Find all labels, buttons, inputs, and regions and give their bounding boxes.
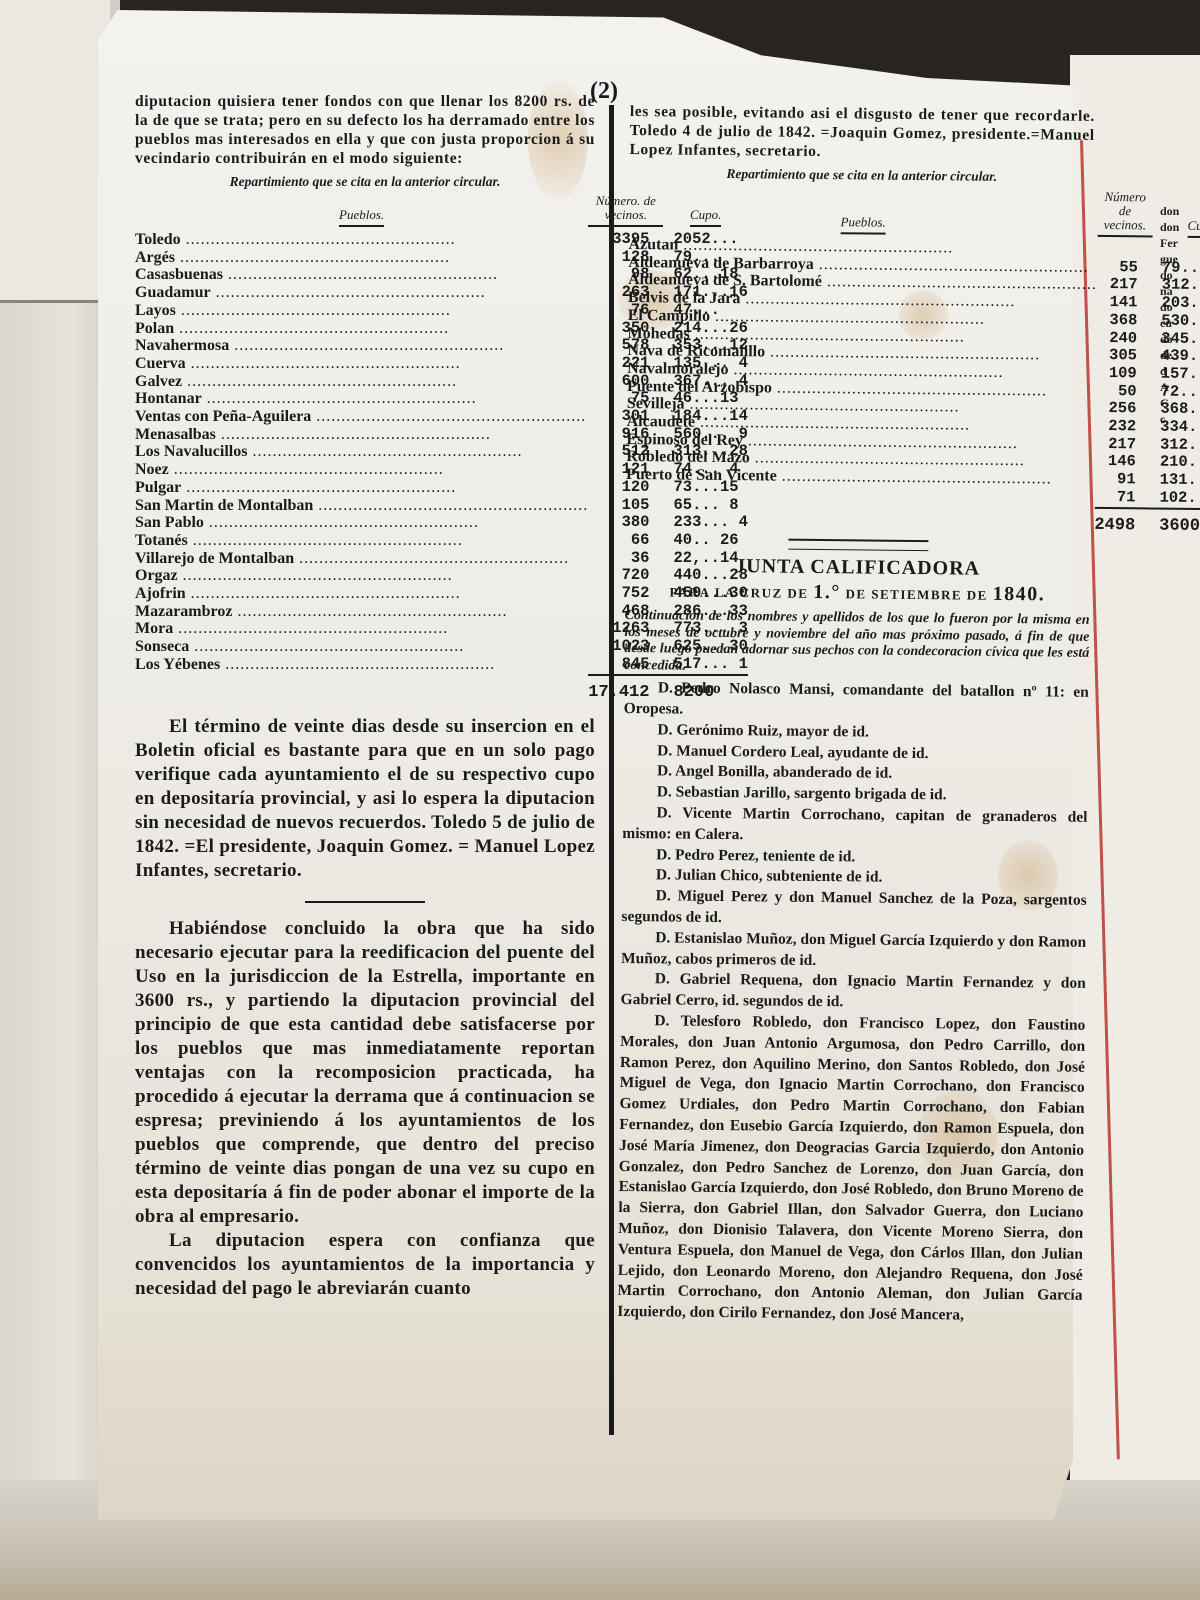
cupo-value: 439...19 <box>1151 348 1200 367</box>
vecinos-value: 71 <box>1095 489 1150 508</box>
total-vecinos: 2498 <box>1094 507 1149 534</box>
cupo-value: 79... 9 <box>1152 259 1200 278</box>
pueblo-name: †Noez <box>135 461 588 479</box>
cupo-value: 72... 2 <box>1150 383 1200 402</box>
pueblo-name: †Mora <box>135 620 588 638</box>
column-header-pueblos: Pueblos. <box>135 194 588 231</box>
paragraph-obra: Habiéndose concluido la obra que ha sido… <box>135 917 595 1229</box>
honoree-entry: D. Gabriel Requena, don Ignacio Martin F… <box>620 969 1085 1015</box>
right-column: les sea posible, evitando asi el disgust… <box>617 102 1095 1328</box>
cupo-value: 312...25 <box>1152 277 1200 296</box>
column-header-vecinos: Número de vecinos. <box>1097 190 1152 242</box>
pueblo-name: †Toledo <box>135 231 588 249</box>
pueblo-name: †San Pablo <box>135 514 588 532</box>
vecinos-value: 141 <box>1097 294 1152 312</box>
cupo-value: 530...12 <box>1151 312 1200 331</box>
section-intro: Continuacion de los nombres y apellidos … <box>624 608 1090 679</box>
pueblo-name: †Ajofrin <box>135 585 588 603</box>
paragraph-espera: La diputacion espera con confianza que c… <box>135 1229 595 1301</box>
cupo-value <box>1152 241 1200 260</box>
vecinos-value: 109 <box>1096 365 1151 383</box>
handwritten-sheet <box>0 0 110 303</box>
pueblo-name: †Mazarambroz <box>135 603 588 621</box>
pueblo-name: †Los Navalucillos <box>135 443 588 461</box>
pueblo-name: †San Martin de Montalban <box>135 497 588 515</box>
vecinos-value <box>1097 241 1152 259</box>
pueblo-name: †Ventas con Peña-Aguilera <box>135 408 588 426</box>
left-column: diputacion quisiera tener fondos con que… <box>135 92 595 1301</box>
pueblo-name: †Totanés <box>135 532 588 550</box>
cupo-value: 334...12 <box>1150 418 1200 437</box>
vecinos-value: 232 <box>1095 418 1150 436</box>
vecinos-value: 217 <box>1095 436 1150 454</box>
pueblo-name: †Guadamur <box>135 284 588 302</box>
table-caption: Repartimiento que se cita en la anterior… <box>629 165 1094 186</box>
total-cupo: 3600... 2 <box>1149 508 1200 536</box>
cupo-value: 102...11 <box>1149 489 1200 509</box>
cupo-value: 210...14 <box>1150 454 1200 473</box>
pueblo-name: †Pulgar <box>135 479 588 497</box>
honoree-entry: D. Estanislao Muñoz, don Miguel García I… <box>621 928 1086 974</box>
pueblo-name: †Villarejo de Montalban <box>135 550 588 568</box>
cupo-value: 368...32 <box>1150 401 1200 420</box>
pueblo-name: †Casasbuenas <box>135 266 588 284</box>
pueblo-name: †Los Yébenes <box>135 656 588 675</box>
section-rule <box>305 901 425 903</box>
pueblo-name: †Orgaz <box>135 567 588 585</box>
ornamental-divider <box>788 539 928 551</box>
vecinos-value: 55 <box>1097 259 1152 277</box>
honoree-entry: D. Pedro Nolasco Mansi, comandante del b… <box>624 678 1089 724</box>
pueblo-name: †Argés <box>135 249 588 267</box>
cupo-value: 203... 7 <box>1151 295 1200 314</box>
vecinos-value: 217 <box>1097 276 1152 294</box>
pueblo-name: †Polan <box>135 320 588 338</box>
pueblo-name: Navahermosa <box>135 337 588 355</box>
vecinos-value: 146 <box>1095 453 1150 471</box>
column-header-pueblos: Pueblos. <box>629 185 1098 241</box>
column-header-cupo: Cupo. <box>1152 190 1200 242</box>
vecinos-value: 368 <box>1096 312 1151 330</box>
honoree-entry: D. Vicente Martin Corrochano, capitan de… <box>622 803 1087 849</box>
cupo-value: 345...30 <box>1151 330 1200 349</box>
honoree-entry: D. Telesforo Robledo, don Francisco Lope… <box>617 1011 1085 1328</box>
honoree-list: D. Pedro Nolasco Mansi, comandante del b… <box>617 678 1089 1328</box>
vecinos-value: 240 <box>1096 329 1151 347</box>
intro-paragraph: diputacion quisiera tener fondos con que… <box>135 92 595 168</box>
section-title: JUNTA CALIFICADORA <box>625 554 1090 582</box>
pueblo-name: †Hontanar <box>135 390 588 408</box>
pueblo-name: †Cuerva <box>135 355 588 373</box>
cupo-value: 157... 3 <box>1151 365 1200 384</box>
repartimiento-table-right: Pueblos. Número de vecinos. Cupo. Azutan… <box>626 185 1200 536</box>
pueblo-name: †Layos <box>135 302 588 320</box>
vecinos-value: 256 <box>1095 400 1150 418</box>
table-caption: Repartimiento que se cita en la anterior… <box>135 174 595 190</box>
vecinos-value: 305 <box>1096 347 1151 365</box>
cupo-value: 131... 5 <box>1150 472 1200 491</box>
pueblo-name: †Sonseca <box>135 638 588 656</box>
honoree-entry: D. Miguel Perez y don Manuel Sanchez de … <box>621 886 1086 932</box>
paragraph-termino: El término de veinte dias desde su inser… <box>135 715 595 883</box>
pueblo-name: †Galvez <box>135 373 588 391</box>
section-subtitle: PARA LA CRUZ DE 1.° DE SETIEMBRE DE 1840… <box>625 579 1090 607</box>
cupo-value: 312...25 <box>1150 436 1200 455</box>
vecinos-value: 91 <box>1095 471 1150 489</box>
table-total-row: 2498 3600... 2 <box>626 503 1200 536</box>
pueblo-name: †Menasalbas <box>135 426 588 444</box>
continuation-paragraph: les sea posible, evitando asi el disgust… <box>629 102 1095 164</box>
vecinos-value: 50 <box>1096 383 1151 401</box>
